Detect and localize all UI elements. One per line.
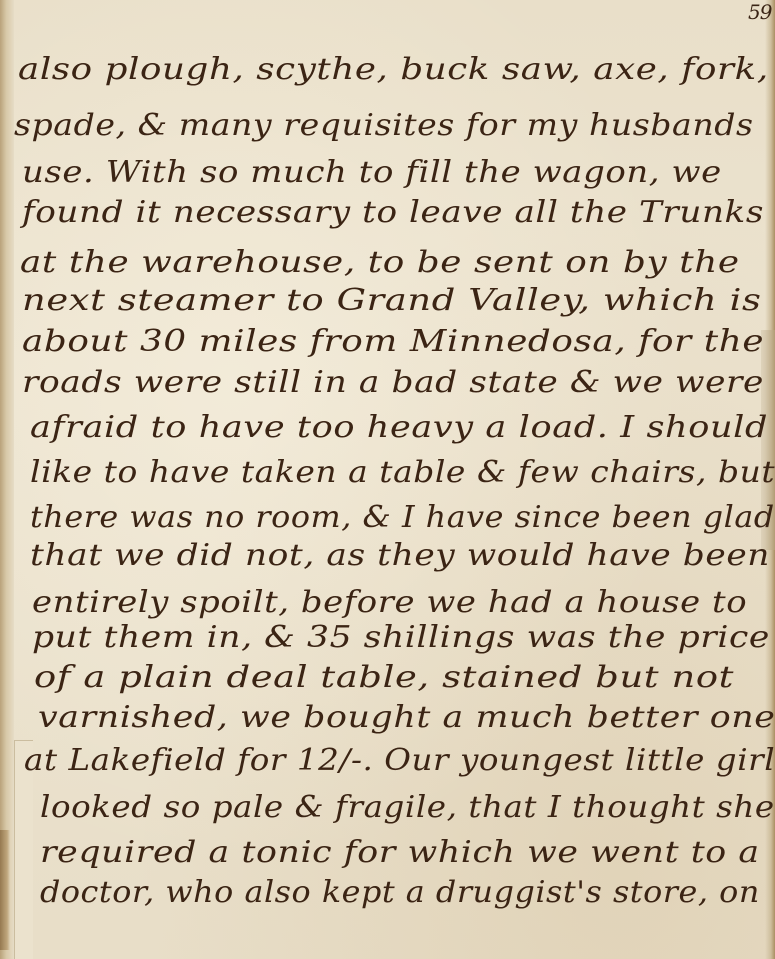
text-line: use. With so much to fill the wagon, we [22,155,722,190]
text-line: entirely spoilt, before we had a house t… [32,585,747,620]
page-left-edge [0,0,14,959]
text-line: of a plain deal table, stained but not [34,660,734,695]
text-line: like to have taken a table & few chairs,… [30,455,775,490]
text-line: at the warehouse, to be sent on by the [20,245,740,280]
text-line: looked so pale & fragile, that I thought… [40,790,775,825]
text-line: that we did not, as they would have been [30,538,770,573]
text-line: afraid to have too heavy a load. I shoul… [30,410,768,445]
text-line: there was no room, & I have since been g… [30,500,775,535]
text-line: found it necessary to leave all the Trun… [22,195,764,230]
text-line: put them in, & 35 shillings was the pric… [32,620,770,655]
text-line: roads were still in a bad state & we wer… [22,365,764,400]
text-line: spade, & many requisites for my husbands [14,108,754,143]
text-line: varnished, we bought a much better one [38,700,775,735]
page-number: 59 [748,0,771,24]
text-line: also plough, scythe, buck saw, axe, fork… [18,52,769,87]
manuscript-page: 59 also plough, scythe, buck saw, axe, f… [0,0,775,959]
text-line: at Lakefield for 12/-. Our youngest litt… [24,743,775,778]
text-line: doctor, who also kept a druggist's store… [40,875,760,910]
page-left-edge-stain [0,830,10,950]
text-line: required a tonic for which we went to a [40,835,760,870]
text-line: next steamer to Grand Valley, which is [22,283,761,318]
text-line: about 30 miles from Minnedosa, for the [22,324,764,359]
